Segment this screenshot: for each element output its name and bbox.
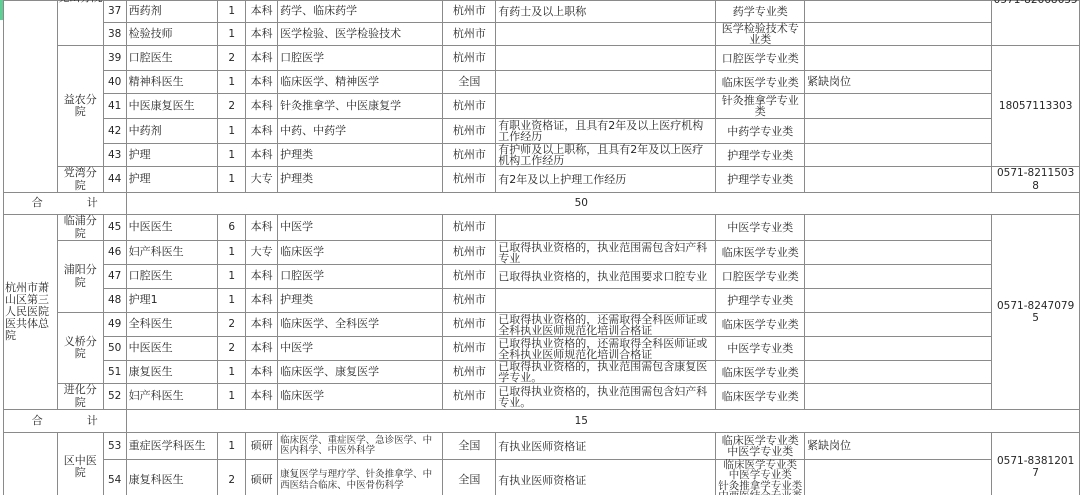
- hospital-cell: 杭州市萧山区第三人民医院医共体总院: [4, 215, 58, 410]
- cell-major: 临床医学、康复医学: [278, 361, 443, 384]
- cell-category: 中医学专业类: [716, 337, 805, 361]
- branch-cell: 区中医院: [57, 433, 103, 495]
- cell-requirements: 已取得执业资格的，执业范围要求口腔专业: [496, 265, 716, 289]
- cell-major: 康复医学与理疗学、针灸推拿学、中西医结合临床、中医骨伤科学: [278, 460, 443, 495]
- branch-cell: 浦阳分院: [57, 241, 103, 313]
- cell-major: 医学检验、医学检验技术: [278, 23, 443, 46]
- cell-category: 医学检验技术专业类: [716, 23, 805, 46]
- branch-cell: 义桥分院: [57, 313, 103, 384]
- phone-cell-label: 0571-82668635: [992, 0, 1079, 7]
- cell-position: 妇产科医生: [126, 384, 218, 410]
- cell-position: 护理: [126, 167, 218, 193]
- cell-no: 43: [103, 144, 126, 167]
- phone-cell: 0571-83812017: [992, 433, 1080, 495]
- cell-note: 紧缺岗位: [805, 433, 992, 460]
- cell-no: 52: [103, 384, 126, 410]
- branch-cell: 党湾分院: [57, 167, 103, 193]
- cell-region: 杭州市: [443, 94, 496, 119]
- cell-major: 口腔医学: [278, 46, 443, 71]
- cell-category: 中医学专业类: [716, 215, 805, 241]
- cell-education: 大专: [246, 167, 278, 193]
- cell-education: 本科: [246, 71, 278, 94]
- cell-category: 临床医学专业类 中医学专业类: [716, 433, 805, 460]
- cell-education: 本科: [246, 94, 278, 119]
- cell-requirements: [496, 94, 716, 119]
- branch-cell: 临浦分院: [57, 215, 103, 241]
- cell-region: 杭州市: [443, 265, 496, 289]
- cell-category: 临床医学专业类: [716, 313, 805, 337]
- cell-no: 54: [103, 460, 126, 495]
- cell-education: 本科: [246, 1, 278, 23]
- cell-requirements: 有护师及以上职称，且具有2年及以上医疗机构工作经历: [496, 144, 716, 167]
- total-label: 合 计: [4, 410, 127, 433]
- job-row-42: 42中药剂1本科中药、中药学杭州市有职业资格证，且具有2年及以上医疗机构工作经历…: [4, 119, 1080, 144]
- job-row-54: 54康复科医生2硕研康复医学与理疗学、针灸推拿学、中西医结合临床、中医骨伤科学全…: [4, 460, 1080, 495]
- cell-education: 硕研: [246, 433, 278, 460]
- cell-major: 临床医学、全科医学: [278, 313, 443, 337]
- cell-education: 本科: [246, 215, 278, 241]
- job-row-51: 51康复医生1本科临床医学、康复医学杭州市已取得执业资格的，执业范围需包含康复医…: [4, 361, 1080, 384]
- cell-requirements: 已取得执业资格的，执业范围需包含妇产科专业: [496, 241, 716, 265]
- cell-major: 临床医学、重症医学、急诊医学、中医内科学、中医外科学: [278, 433, 443, 460]
- cell-major: 护理类: [278, 167, 443, 193]
- cell-no: 42: [103, 119, 126, 144]
- cell-major: 口腔医学: [278, 265, 443, 289]
- cell-education: 本科: [246, 337, 278, 361]
- cell-major: 中医学: [278, 215, 443, 241]
- cell-count: 1: [218, 241, 246, 265]
- hospital-cell: [4, 1, 58, 193]
- total-row: 合 计15: [4, 410, 1080, 433]
- cell-position: 中药剂: [126, 119, 218, 144]
- cell-education: 本科: [246, 265, 278, 289]
- cell-count: 1: [218, 167, 246, 193]
- cell-position: 重症医学科医生: [126, 433, 218, 460]
- job-row-45: 杭州市萧山区第三人民医院医共体总院临浦分院45中医医生6本科中医学杭州市中医学专…: [4, 215, 1080, 241]
- phone-cell: 0571-82115038: [992, 167, 1080, 193]
- job-row-37: 党山分院37西药剂1本科药学、临床药学杭州市有药士及以上职称药学专业类0571-…: [4, 1, 1080, 23]
- cell-requirements: [496, 215, 716, 241]
- cell-note: [805, 1, 992, 23]
- cell-region: 全国: [443, 433, 496, 460]
- cell-count: 1: [218, 265, 246, 289]
- cell-count: 1: [218, 119, 246, 144]
- cell-education: 本科: [246, 384, 278, 410]
- cell-no: 41: [103, 94, 126, 119]
- cell-category: 临床医学专业类: [716, 384, 805, 410]
- cell-category: 针灸推拿学专业类: [716, 94, 805, 119]
- cell-region: 杭州市: [443, 289, 496, 313]
- cell-requirements: 已取得执业资格的，执业范围需包含妇产科专业。: [496, 384, 716, 410]
- cell-requirements: 有2年及以上护理工作经历: [496, 167, 716, 193]
- cell-position: 全科医生: [126, 313, 218, 337]
- cell-position: 妇产科医生: [126, 241, 218, 265]
- cell-major: 针灸推拿学、中医康复学: [278, 94, 443, 119]
- cell-count: 1: [218, 361, 246, 384]
- cell-region: 杭州市: [443, 119, 496, 144]
- cell-count: 1: [218, 71, 246, 94]
- cell-education: 大专: [246, 241, 278, 265]
- cell-region: 杭州市: [443, 23, 496, 46]
- cell-major: 中医学: [278, 337, 443, 361]
- cell-requirements: 已取得执业资格的，还需取得全科医师证或全科执业医师规范化培训合格证: [496, 313, 716, 337]
- phone-cell: 0571-82668635: [992, 1, 1080, 46]
- cell-region: 杭州市: [443, 337, 496, 361]
- cell-category: 临床医学专业类: [716, 241, 805, 265]
- job-row-46: 浦阳分院46妇产科医生1大专临床医学杭州市已取得执业资格的，执业范围需包含妇产科…: [4, 241, 1080, 265]
- total-row: 合 计50: [4, 193, 1080, 215]
- cell-requirements: [496, 289, 716, 313]
- total-label: 合 计: [4, 193, 127, 215]
- cell-category: 临床医学专业类 中医学专业类 针灸推拿学专业类 中西医结合专业类: [716, 460, 805, 495]
- cell-region: 杭州市: [443, 215, 496, 241]
- job-row-39: 益农分院39口腔医生2本科口腔医学杭州市口腔医学专业类18057113303: [4, 46, 1080, 71]
- cell-major: 护理类: [278, 289, 443, 313]
- cell-position: 中医医生: [126, 215, 218, 241]
- cell-education: 本科: [246, 119, 278, 144]
- cell-requirements: 有职业资格证，且具有2年及以上医疗机构工作经历: [496, 119, 716, 144]
- cell-no: 48: [103, 289, 126, 313]
- cell-count: 1: [218, 433, 246, 460]
- cell-category: 口腔医学专业类: [716, 265, 805, 289]
- cell-position: 精神科医生: [126, 71, 218, 94]
- cell-region: 杭州市: [443, 46, 496, 71]
- cell-region: 全国: [443, 71, 496, 94]
- cell-no: 44: [103, 167, 126, 193]
- cell-requirements: 有执业医师资格证: [496, 433, 716, 460]
- cell-category: 护理学专业类: [716, 144, 805, 167]
- cell-major: 临床医学: [278, 241, 443, 265]
- phone-cell: 18057113303: [992, 46, 1080, 167]
- cell-note: [805, 384, 992, 410]
- cell-note: [805, 46, 992, 71]
- cell-note: [805, 94, 992, 119]
- cell-count: 2: [218, 337, 246, 361]
- cell-category: 口腔医学专业类: [716, 46, 805, 71]
- cell-no: 51: [103, 361, 126, 384]
- cell-count: 1: [218, 23, 246, 46]
- job-row-44: 党湾分院44护理1大专护理类杭州市有2年及以上护理工作经历护理学专业类0571-…: [4, 167, 1080, 193]
- job-row-47: 47口腔医生1本科口腔医学杭州市已取得执业资格的，执业范围要求口腔专业口腔医学专…: [4, 265, 1080, 289]
- cell-category: 药学专业类: [716, 1, 805, 23]
- cell-count: 6: [218, 215, 246, 241]
- page-edge-accent: [0, 0, 3, 20]
- cell-education: 本科: [246, 313, 278, 337]
- cell-note: 紧缺岗位: [805, 71, 992, 94]
- branch-cell: 党山分院: [57, 1, 103, 46]
- cell-count: 1: [218, 1, 246, 23]
- cell-requirements: 有药士及以上职称: [496, 1, 716, 23]
- cell-requirements: [496, 23, 716, 46]
- cell-requirements: 有执业医师资格证: [496, 460, 716, 495]
- cell-no: 38: [103, 23, 126, 46]
- cell-category: 临床医学专业类: [716, 361, 805, 384]
- cell-major: 中药、中药学: [278, 119, 443, 144]
- job-row-48: 48护理11本科护理类杭州市护理学专业类: [4, 289, 1080, 313]
- cell-note: [805, 265, 992, 289]
- cell-count: 1: [218, 289, 246, 313]
- cell-position: 中医医生: [126, 337, 218, 361]
- cell-region: 杭州市: [443, 361, 496, 384]
- cell-note: [805, 167, 992, 193]
- cell-count: 1: [218, 384, 246, 410]
- cell-major: 护理类: [278, 144, 443, 167]
- cell-note: [805, 119, 992, 144]
- cell-no: 40: [103, 71, 126, 94]
- phone-cell: 0571-82470795: [992, 215, 1080, 410]
- cell-region: 杭州市: [443, 313, 496, 337]
- cell-education: 本科: [246, 144, 278, 167]
- cell-education: 硕研: [246, 460, 278, 495]
- cell-count: 2: [218, 94, 246, 119]
- branch-cell-label: 党山分院: [58, 0, 103, 5]
- cell-requirements: 已取得执业资格的，执业范围需包含康复医学专业。: [496, 361, 716, 384]
- cell-position: 口腔医生: [126, 265, 218, 289]
- cell-count: 2: [218, 46, 246, 71]
- cell-position: 口腔医生: [126, 46, 218, 71]
- cell-region: 杭州市: [443, 1, 496, 23]
- hospital-cell: [4, 433, 58, 495]
- cell-position: 康复科医生: [126, 460, 218, 495]
- screenshot-root: 党山分院37西药剂1本科药学、临床药学杭州市有药士及以上职称药学专业类0571-…: [0, 0, 1080, 495]
- cell-note: [805, 313, 992, 337]
- cell-category: 中药学专业类: [716, 119, 805, 144]
- cell-education: 本科: [246, 361, 278, 384]
- cell-note: [805, 144, 992, 167]
- cell-region: 全国: [443, 460, 496, 495]
- cell-position: 康复医生: [126, 361, 218, 384]
- cell-no: 53: [103, 433, 126, 460]
- job-row-40: 40精神科医生1本科临床医学、精神医学全国临床医学专业类紧缺岗位: [4, 71, 1080, 94]
- cell-note: [805, 23, 992, 46]
- job-row-53: 区中医院53重症医学科医生1硕研临床医学、重症医学、急诊医学、中医内科学、中医外…: [4, 433, 1080, 460]
- cell-count: 2: [218, 460, 246, 495]
- job-row-49: 义桥分院49全科医生2本科临床医学、全科医学杭州市已取得执业资格的，还需取得全科…: [4, 313, 1080, 337]
- cell-category: 护理学专业类: [716, 167, 805, 193]
- job-row-50: 50中医医生2本科中医学杭州市已取得执业资格的，还需取得全科医师证或全科执业医师…: [4, 337, 1080, 361]
- cell-region: 杭州市: [443, 167, 496, 193]
- cell-position: 西药剂: [126, 1, 218, 23]
- cell-no: 39: [103, 46, 126, 71]
- cell-note: [805, 215, 992, 241]
- cell-category: 护理学专业类: [716, 289, 805, 313]
- branch-cell: 益农分院: [57, 46, 103, 167]
- cell-requirements: [496, 46, 716, 71]
- cell-note: [805, 337, 992, 361]
- cell-no: 49: [103, 313, 126, 337]
- cell-category: 临床医学专业类: [716, 71, 805, 94]
- job-row-41: 41中医康复医生2本科针灸推拿学、中医康复学杭州市针灸推拿学专业类: [4, 94, 1080, 119]
- cell-major: 药学、临床药学: [278, 1, 443, 23]
- cell-note: [805, 241, 992, 265]
- cell-position: 护理1: [126, 289, 218, 313]
- cell-region: 杭州市: [443, 384, 496, 410]
- cell-education: 本科: [246, 23, 278, 46]
- total-value: 15: [126, 410, 1079, 433]
- cell-requirements: [496, 71, 716, 94]
- cell-major: 临床医学: [278, 384, 443, 410]
- cell-note: [805, 361, 992, 384]
- cell-no: 47: [103, 265, 126, 289]
- cell-note: [805, 460, 992, 495]
- total-value: 50: [126, 193, 1079, 215]
- job-row-52: 进化分院52妇产科医生1本科临床医学杭州市已取得执业资格的，执业范围需包含妇产科…: [4, 384, 1080, 410]
- cell-region: 杭州市: [443, 241, 496, 265]
- cell-no: 37: [103, 1, 126, 23]
- job-row-38: 38检验技师1本科医学检验、医学检验技术杭州市医学检验技术专业类: [4, 23, 1080, 46]
- cell-no: 46: [103, 241, 126, 265]
- job-row-43: 43护理1本科护理类杭州市有护师及以上职称，且具有2年及以上医疗机构工作经历护理…: [4, 144, 1080, 167]
- cell-requirements: 已取得执业资格的，还需取得全科医师证或全科执业医师规范化培训合格证: [496, 337, 716, 361]
- cell-count: 1: [218, 144, 246, 167]
- cell-note: [805, 289, 992, 313]
- cell-position: 中医康复医生: [126, 94, 218, 119]
- cell-region: 杭州市: [443, 144, 496, 167]
- cell-education: 本科: [246, 46, 278, 71]
- cell-position: 检验技师: [126, 23, 218, 46]
- recruitment-table: 党山分院37西药剂1本科药学、临床药学杭州市有药士及以上职称药学专业类0571-…: [3, 0, 1080, 495]
- cell-no: 45: [103, 215, 126, 241]
- branch-cell: 进化分院: [57, 384, 103, 410]
- cell-count: 2: [218, 313, 246, 337]
- cell-no: 50: [103, 337, 126, 361]
- cell-major: 临床医学、精神医学: [278, 71, 443, 94]
- cell-position: 护理: [126, 144, 218, 167]
- cell-education: 本科: [246, 289, 278, 313]
